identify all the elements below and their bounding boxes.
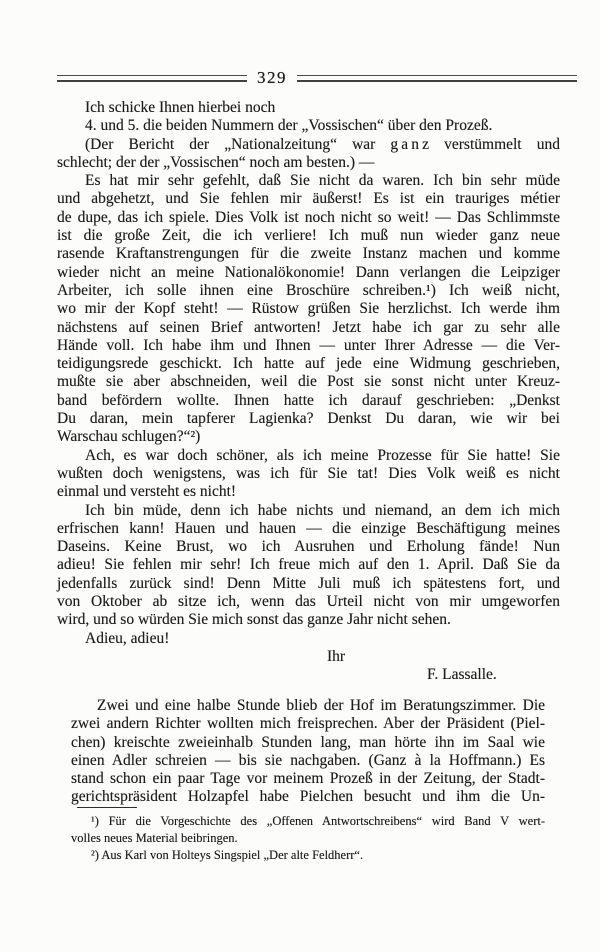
text-line: teidigungsrede geschickt. Ich hatte auf … [57,355,560,373]
book-page: 329 Ich schicke Ihnen hierbei noch4. und… [0,0,600,952]
signature-name: F. Lassalle. [57,666,560,684]
text-line: Ich bin müde, denn ich habe nichts und n… [57,502,560,520]
header-rule-left [57,75,247,81]
running-head: 329 [57,69,577,88]
text-line: stand schon ein paar Tage vor meinem Pro… [71,770,545,788]
text-line: Hände voll. Ich habe ihm und Ihnen — unt… [57,337,560,355]
text-line: Ach, es war doch schöner, als ich meine … [57,447,560,465]
text-line: Daseins. Keine Brust, wo ich Ausruhen un… [57,538,560,556]
text-line: von Oktober ab sitze ich, wenn das Urtei… [57,593,560,611]
header-rule-right [297,75,577,81]
text-line: ²) Aus Karl von Holteys Singspiel „Der a… [71,847,545,864]
footnote-divider [77,807,137,808]
text-line: Adieu, adieu! [57,630,560,648]
text-line: wieder nicht an meine Nationalökonomie! … [57,264,560,282]
text-line: einmal und versteht es nicht! [57,483,560,501]
text-line: erfrischen kann! Hauen und hauen — die e… [57,520,560,538]
text-line: de dupe, das ich spiele. Dies Volk ist n… [57,209,560,227]
text-line: volles neues Material beibringen. [71,830,545,847]
text-line: nächstens auf seinen Brief antworten! Je… [57,319,560,337]
signature-closing: Ihr [57,648,560,666]
text-line: ist die große Zeit, die ich verliere! Ic… [57,227,560,245]
text-line: jedenfalls zurück sind! Denn Mitte Juli … [57,575,560,593]
text-line: band befördern wollte. Ihnen hatte ich d… [57,392,560,410]
text-line: Du daran, mein tapferer Lagienka? Denkst… [57,410,560,428]
text-line: zwei andern Richter wollten mich freispr… [71,715,545,733]
text-line: (Der Bericht der „Nationalzeitung“ war g… [57,136,560,154]
text-line: wo mir der Kopf steht! — Rüstow grüßen S… [57,300,560,318]
text-line: adieu! Sie fehlen mir sehr! Ich freue mi… [57,556,560,574]
text-line: gerichtspräsident Holzapfel habe Pielche… [71,788,545,806]
text-line: mußte sie aber abschneiden, weil die Pos… [57,373,560,391]
text-line: Es hat mir sehr gefehlt, daß Sie nicht d… [57,172,560,190]
text-line: Warschau schlugen?“²) [57,428,560,446]
letter-paragraphs: Ich schicke Ihnen hierbei noch4. und 5. … [57,99,560,648]
footnotes-block: ¹) Für die Vorgeschichte des „Offenen An… [71,813,545,864]
text-line: chen) kreischte zweieinhalb Stunden lang… [71,734,545,752]
text-line: Zwei und eine halbe Stunde blieb der Hof… [71,697,545,715]
text-line: 4. und 5. die beiden Nummern der „Vossis… [57,117,560,135]
narrative-paragraph: Zwei und eine halbe Stunde blieb der Hof… [71,697,545,807]
text-line: Arbeiter, ich solle ihnen eine Broschüre… [57,282,560,300]
text-line: ¹) Für die Vorgeschichte des „Offenen An… [71,813,545,830]
text-line: rasende Kraftanstrengungen für die zweit… [57,245,560,263]
text-line: wird, und so würden Sie mich sonst das g… [57,611,560,629]
text-line: schlecht; der der „Vossischen“ noch am b… [57,154,560,172]
text-line: Ich schicke Ihnen hierbei noch [57,99,560,117]
text-line: wußten doch wenigstens, was ich für Sie … [57,465,560,483]
text-line: und abgehetzt, und Sie fehlen mir äußers… [57,190,560,208]
letter-body: Ich schicke Ihnen hierbei noch4. und 5. … [57,99,560,685]
text-line: einen Adler schreien — bis sie nachgaben… [71,752,545,770]
page-number: 329 [247,69,297,88]
